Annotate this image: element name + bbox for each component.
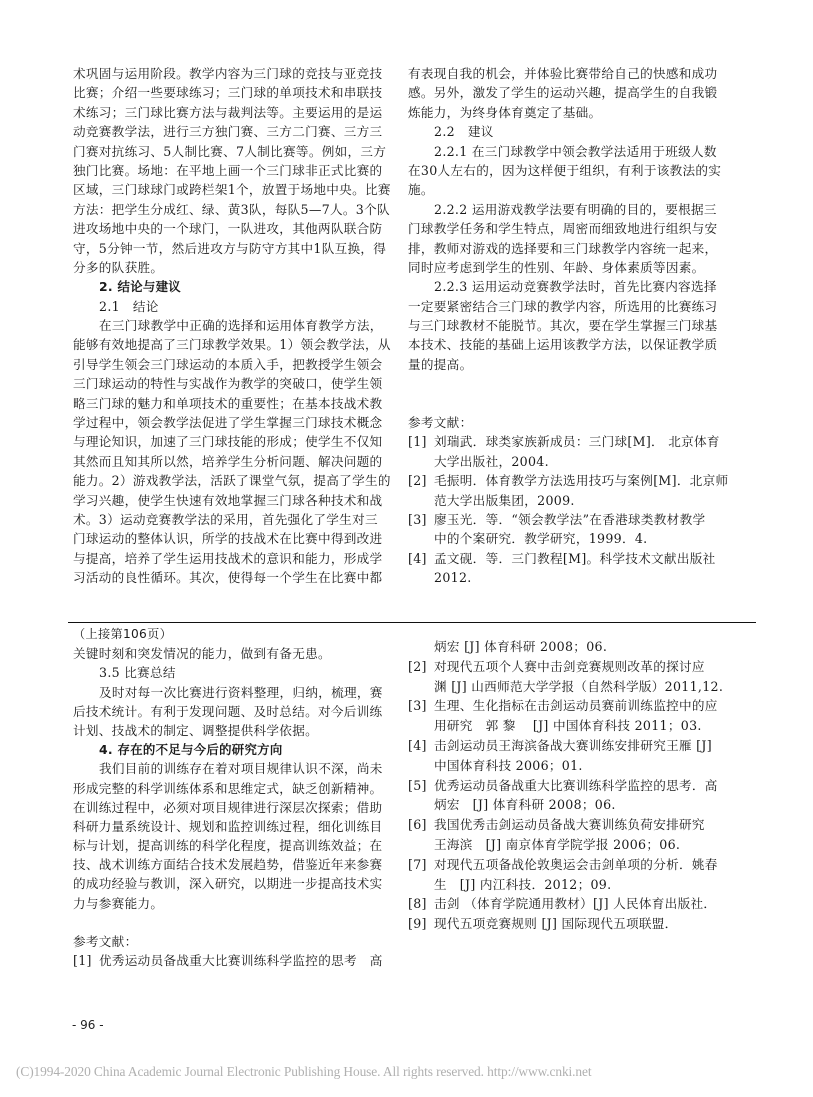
reference-item: [9]现代五项竞赛规则 [J] 国际现代五项联盟． [408,914,743,934]
reference-item: [8]击剑 （体育学院通用教材）[J] 人民体育出版社． [408,894,743,914]
reference-item: [2]对现代五项个人赛中击剑竞赛规则改革的探讨应 渊 [J] 山西师范大学学报（… [408,657,743,697]
body-line: 我们目前的训练存在着对项目规律认识不深，尚未 [73,759,403,778]
body-line: 学习兴趣，使学生快速有效地掌握三门球各种技术和战 [73,491,403,510]
body-line: 能力。2）游戏教学法，活跃了课堂气氛，提高了学生的 [73,471,403,490]
reference-item: [1]刘瑞武．球类家族新成员：三门球[M]． 北京体育 大学出版社，2004. [408,432,738,471]
reference-item: [5]优秀运动员备战重大比赛训练科学监控的思考．高 炳宏 [J] 体育科研 20… [408,776,743,816]
body-line: 动竞赛教学法，进行三方独门赛、三方二门赛、三方三 [73,122,403,141]
body-line: 技、战术训练方面结合技术发展趋势，借鉴近年来参赛 [73,855,403,874]
body-line: 2.2.1 在三门球教学中领会教学法适用于班级人数 [408,142,738,161]
body-line: 术。3）运动竞赛教学法的采用，首先强化了学生对三 [73,510,403,529]
reference-number: [8] [408,894,427,914]
body-line: 有表现自我的机会，并体验比赛带给自己的快感和成功 [408,64,738,83]
section-heading-2-2: 2.2 建议 [408,122,738,141]
references-title: 参考文献： [408,413,738,432]
body-line: 学过程中，领会教学法促进了学生掌握三门球技术概念 [73,413,403,432]
section-heading-2: 2. 结论与建议 [73,277,403,296]
body-line: 的成功经验与教训，深入研究，以期进一步提高技术实 [73,874,403,893]
body-line: 能够有效地提高了三门球教学效果。1）领会教学法，从 [73,335,403,354]
bottom-left-column: （上接第106页） 关键时刻和突发情况的能力，做到有备无患。 3.5 比赛总结 … [73,625,403,970]
body-line: 同时应考虑到学生的性别、年龄、身体素质等因素。 [408,258,738,277]
body-line: 在三门球教学中正确的选择和运用体育教学方法， [73,316,403,335]
body-line: 2.2.2 运用游戏教学法要有明确的目的，要根据三 [408,200,738,219]
body-line: 及时对每一次比赛进行资料整理，归纳，梳理，赛 [73,683,403,702]
body-line: 一定要紧密结合三门球的教学内容，所选用的比赛练习 [408,297,738,316]
reference-number: [7] [408,855,427,875]
body-line: 力与参赛能力。 [73,894,403,913]
body-line: 守，5分钟一节，然后进攻方与防守方其中1队互换，得 [73,239,403,258]
body-line: 分多的队获胜。 [73,258,403,277]
section-divider [68,622,756,623]
body-line: 后技术统计。有利于发现问题、及时总结。对今后训练 [73,702,403,721]
reference-number: [4] [408,736,427,756]
reference-continuation: 炳宏 [J] 体育科研 2008；06. [408,637,743,657]
body-line: 计划、技战术的制定、调整提供科学依据。 [73,721,403,740]
body-line: 炼能力，为终身体育奠定了基础。 [408,103,738,122]
top-left-column: 术巩固与运用阶段。教学内容为三门球的竞技与亚竞技 比赛；介绍一些要球练习；三门球… [73,64,403,588]
body-line: 区域，三门球球门或跨栏架1个，放置于场地中央。比赛 [73,180,403,199]
reference-item: [6]我国优秀击剑运动员备战大赛训练负荷安排研究 王海滨 [J] 南京体育学院学… [408,815,743,855]
copyright-notice: (C)1994-2020 China Academic Journal Elec… [16,1064,591,1080]
body-line: 独门比赛。场地：在平地上画一个三门球非正式比赛的 [73,161,403,180]
section-heading-2-1: 2.1 结论 [73,297,403,316]
reference-number: [3] [408,510,427,529]
reference-number: [3] [408,696,427,716]
body-line: 术巩固与运用阶段。教学内容为三门球的竞技与亚竞技 [73,64,403,83]
body-line: 在30人左右的，因为这样便于组织，有利于该教法的实 [408,161,738,180]
body-line: 进攻场地中央的一个球门，一队进攻，其他两队联合防 [73,219,403,238]
body-line: 科研力量系统设计、规划和监控训练过程，细化训练目 [73,817,403,836]
reference-item: [4]击剑运动员王海滨备战大赛训练安排研究王雁 [J] 中国体育科技 2006；… [408,736,743,776]
body-line: 比赛；介绍一些要球练习；三门球的单项技术和串联技 [73,83,403,102]
body-line: 门球运动的整体认识，所学的技战术在比赛中得到改进 [73,529,403,548]
reference-number: [1] [73,951,92,970]
reference-item: [2]毛振明．体育教学方法选用技巧与案例[M]．北京师 范大学出版集团，2009… [408,471,738,510]
reference-item: [1]优秀运动员备战重大比赛训练科学监控的思考 高 [73,951,403,970]
reference-item: [4]孟文砚．等．三门教程[M]。科学技术文献出版社 2012. [408,549,738,588]
body-line: 与提高，培养了学生运用技战术的意识和能力，形成学 [73,549,403,568]
body-line: 引导学生领会三门球运动的本质入手，把教授学生领会 [73,355,403,374]
reference-item: [3]生理、生化指标在击剑运动员赛前训练监控中的应 用研究 郭 黎 [J] 中国… [408,696,743,736]
top-right-column: 有表现自我的机会，并体验比赛带给自己的快感和成功 感。另外，激发了学生的运动兴趣… [408,64,738,588]
body-line: 习活动的良性循环。其次，使得每一个学生在比赛中都 [73,568,403,587]
reference-number: [6] [408,815,427,835]
body-line: 2.2.3 运用运动竞赛教学法时，首先比赛内容选择 [408,277,738,296]
body-line: 其然而且知其所以然，培养学生分析问题、解决问题的 [73,452,403,471]
body-line: 术练习；三门球比赛方法与裁判法等。主要运用的是运 [73,103,403,122]
reference-item: [7]对现代五项备战伦敦奥运会击剑单项的分析．姚春 生 [J] 内江科技．201… [408,855,743,895]
references-title: 参考文献： [73,932,403,951]
body-line: 与理论知识，加速了三门球技能的形成；使学生不仅知 [73,432,403,451]
body-line: 排，教师对游戏的选择要和三门球教学内容统一起来， [408,239,738,258]
body-line: 与三门球教材不能脱节。其次，要在学生掌握三门球基 [408,316,738,335]
body-line: 标与计划，提高训练的科学化程度，提高训练效益；在 [73,836,403,855]
reference-number: [2] [408,471,427,490]
continued-from-label: （上接第106页） [73,625,403,644]
body-line: 本技术、技能的基础上运用该教学方法，以保证教学质 [408,335,738,354]
body-line: 方法：把学生分成红、绿、黄3队，每队5—7人。3个队 [73,200,403,219]
bottom-right-column: 炳宏 [J] 体育科研 2008；06. [2]对现代五项个人赛中击剑竞赛规则改… [408,637,743,934]
section-heading-3-5: 3.5 比赛总结 [73,663,403,682]
reference-number: [5] [408,776,427,796]
section-heading-4: 4. 存在的不足与今后的研究方向 [73,740,403,759]
body-line: 关键时刻和突发情况的能力，做到有备无患。 [73,644,403,663]
body-line: 门赛对抗练习、5人制比赛、7人制比赛等。例如，三方 [73,142,403,161]
body-line: 形成完整的科学训练体系和思维定式，缺乏创新精神。 [73,779,403,798]
reference-number: [9] [408,914,427,934]
body-line: 在训练过程中，必须对项目规律进行深层次探索；借助 [73,798,403,817]
body-line: 门球教学任务和学生特点，周密而细致地进行组织与安 [408,219,738,238]
reference-number: [4] [408,549,427,568]
body-line: 三门球运动的特性与实战作为教学的突破口，使学生领 [73,374,403,393]
reference-item: [3]廖玉光．等．“领会教学法”在香港球类教材教学 中的个案研究．教学研究，19… [408,510,738,549]
page-number: - 96 - [72,1018,104,1032]
body-line: 略三门球的魅力和单项技术的重要性；在基本技战术教 [73,394,403,413]
body-line: 感。另外，激发了学生的运动兴趣，提高学生的自我锻 [408,83,738,102]
body-line: 施。 [408,180,738,199]
reference-number: [2] [408,657,427,677]
reference-number: [1] [408,432,427,451]
body-line: 量的提高。 [408,355,738,374]
